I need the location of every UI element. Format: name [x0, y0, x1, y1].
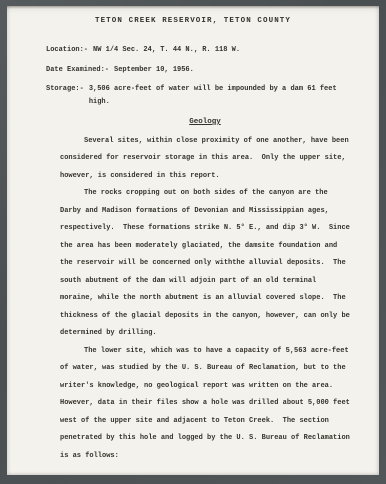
page-title: TETON CREEK RESERVOIR, TETON COUNTY [7, 17, 379, 25]
meta-row-storage: Storage:- 3,506 acre-feet of water will … [46, 83, 349, 109]
scan-border: TETON CREEK RESERVOIR, TETON COUNTY Loca… [0, 0, 386, 484]
document-page: TETON CREEK RESERVOIR, TETON COUNTY Loca… [7, 6, 379, 475]
paragraph-rock-formations: The rocks cropping out on both sides of … [60, 185, 350, 343]
geology-section-heading: Geology [60, 114, 350, 132]
date-examined-value: September 10, 1956. [114, 64, 349, 77]
location-label: Location:- [46, 44, 88, 57]
storage-value: 3,506 acre-feet of water will be impound… [89, 83, 349, 109]
meta-block: Location:- NW 1/4 Sec. 24, T. 44 N., R. … [46, 44, 349, 116]
storage-label: Storage:- [46, 83, 84, 96]
document-body: Geology Several sites, within close prox… [60, 114, 350, 465]
location-value: NW 1/4 Sec. 24, T. 44 N., R. 118 W. [93, 44, 349, 57]
meta-row-location: Location:- NW 1/4 Sec. 24, T. 44 N., R. … [46, 44, 349, 57]
date-examined-label: Date Examined:- [46, 64, 109, 77]
paragraph-sites: Several sites, within close proximity of… [60, 133, 350, 186]
meta-row-date-examined: Date Examined:- September 10, 1956. [46, 64, 349, 77]
paragraph-lower-site: The lower site, which was to have a capa… [60, 343, 350, 466]
